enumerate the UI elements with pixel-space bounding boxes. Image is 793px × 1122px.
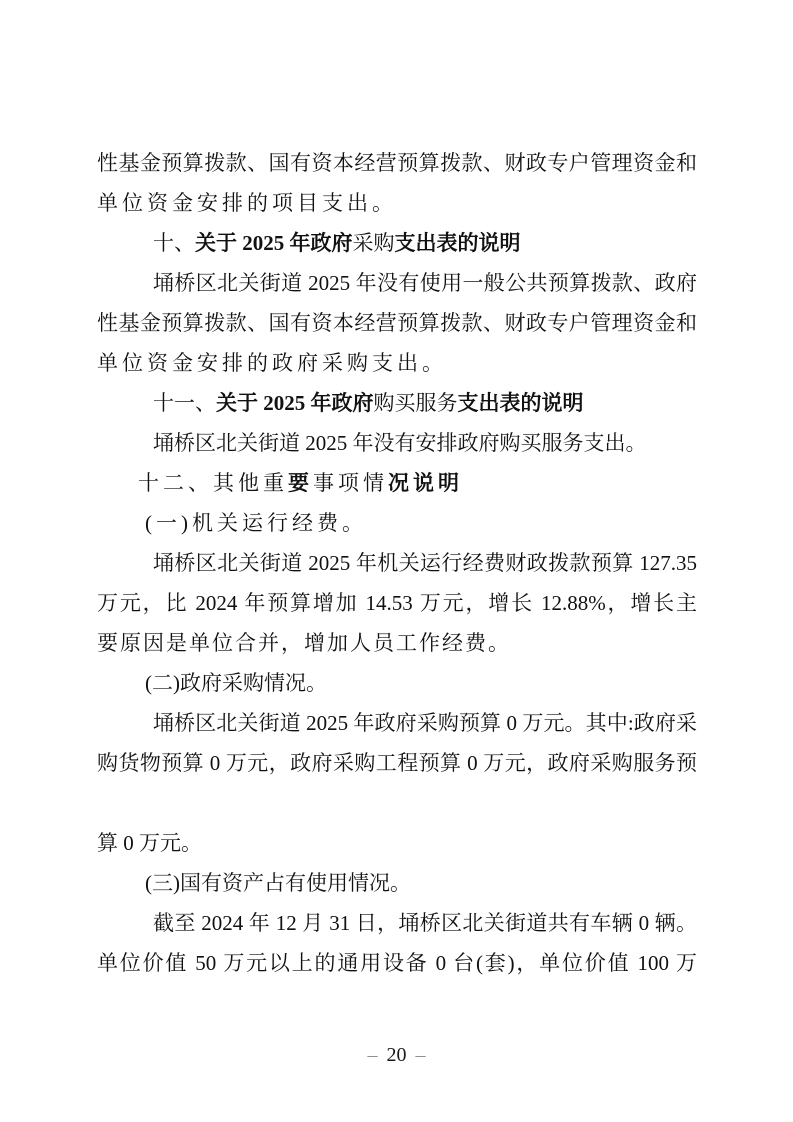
text-run: 单位资金安排的政府采购支出。 [97, 351, 447, 375]
text-line: 埇桥区北关街道 2025 年机关运行经费财政拨款预算 127.35 [97, 543, 697, 583]
footer-right-dash: – [407, 1044, 435, 1066]
text-run: 埇桥区北关街道 2025 年没有使用一般公共预算拨款、政府 [153, 271, 697, 295]
page-number: 20 [387, 1044, 407, 1066]
text-run: 关于 2025 年政府 [216, 391, 374, 415]
document-body: 性基金预算拨款、国有资本经营预算拨款、财政专户管理资金和单位资金安排的项目支出。… [97, 143, 697, 983]
text-line: 单位价值 50 万元以上的通用设备 0 台(套)，单位价值 100 万 [97, 943, 697, 983]
text-run: 单位价值 50 万元以上的通用设备 0 台(套)，单位价值 100 万 [97, 951, 697, 975]
text-line: (二)政府采购情况。 [97, 663, 697, 703]
text-line: (一)机关运行经费。 [97, 503, 697, 543]
footer-left-dash: – [359, 1044, 387, 1066]
text-line: 要原因是单位合并，增加人员工作经费。 [97, 623, 697, 663]
text-run: 况说明 [388, 471, 463, 495]
text-line: 单位资金安排的项目支出。 [97, 183, 697, 223]
section-heading: 十、关于 2025 年政府采购支出表的说明 [97, 223, 697, 263]
text-run: 万元，比 2024 年预算增加 14.53 万元，增长 12.88%，增长主 [97, 591, 697, 615]
text-run: 要原因是单位合并，增加人员工作经费。 [97, 631, 511, 655]
spacer-line [97, 783, 697, 823]
text-run: 埇桥区北关街道 2025 年没有安排政府购买服务支出。 [153, 431, 647, 455]
text-run: (一)机关运行经费。 [145, 511, 367, 535]
text-run: 十二、其他重 [138, 471, 288, 495]
text-run: 购货物预算 0 万元，政府采购工程预算 0 万元，政府采购服务预 [97, 751, 697, 775]
text-run: 支出表的说明 [458, 391, 584, 415]
text-run: 埇桥区北关街道 2025 年机关运行经费财政拨款预算 127.35 [153, 551, 697, 575]
text-run: 埇桥区北关街道 2025 年政府采购预算 0 万元。其中:政府采 [153, 711, 697, 735]
text-line: 埇桥区北关街道 2025 年政府采购预算 0 万元。其中:政府采 [97, 703, 697, 743]
text-run: 购买服务 [374, 391, 458, 415]
document-page: 性基金预算拨款、国有资本经营预算拨款、财政专户管理资金和单位资金安排的项目支出。… [0, 0, 793, 1122]
section-heading: 十一、关于 2025 年政府购买服务支出表的说明 [97, 383, 697, 423]
text-run: 十、 [153, 231, 195, 255]
text-run: (二)政府采购情况。 [145, 671, 327, 695]
text-line: 性基金预算拨款、国有资本经营预算拨款、财政专户管理资金和 [97, 143, 697, 183]
text-line: 埇桥区北关街道 2025 年没有使用一般公共预算拨款、政府 [97, 263, 697, 303]
text-run: 截至 2024 年 12 月 31 日，埇桥区北关街道共有车辆 0 辆。 [153, 911, 697, 935]
section-heading: 十二、其他重要事项情况说明 [97, 463, 697, 503]
text-run: 性基金预算拨款、国有资本经营预算拨款、财政专户管理资金和 [97, 311, 697, 335]
text-run: 事项情 [313, 471, 388, 495]
text-run: 关于 2025 年政府 [195, 231, 353, 255]
text-line: (三)国有资产占有使用情况。 [97, 863, 697, 903]
text-line: 埇桥区北关街道 2025 年没有安排政府购买服务支出。 [97, 423, 697, 463]
text-run: 单位资金安排的项目支出。 [97, 191, 397, 215]
page-footer: –20– [0, 1040, 793, 1070]
text-run: 算 0 万元。 [97, 831, 202, 855]
text-line: 算 0 万元。 [97, 823, 697, 863]
text-run: 性基金预算拨款、国有资本经营预算拨款、财政专户管理资金和 [97, 151, 697, 175]
text-line: 性基金预算拨款、国有资本经营预算拨款、财政专户管理资金和 [97, 303, 697, 343]
text-run: 要 [288, 471, 313, 495]
text-run: 十一、 [153, 391, 216, 415]
text-line: 万元，比 2024 年预算增加 14.53 万元，增长 12.88%，增长主 [97, 583, 697, 623]
text-line: 截至 2024 年 12 月 31 日，埇桥区北关街道共有车辆 0 辆。 [97, 903, 697, 943]
text-line: 单位资金安排的政府采购支出。 [97, 343, 697, 383]
text-run: (三)国有资产占有使用情况。 [145, 871, 411, 895]
text-run: 支出表的说明 [395, 231, 521, 255]
text-run: 采购 [353, 231, 395, 255]
text-line: 购货物预算 0 万元，政府采购工程预算 0 万元，政府采购服务预 [97, 743, 697, 783]
